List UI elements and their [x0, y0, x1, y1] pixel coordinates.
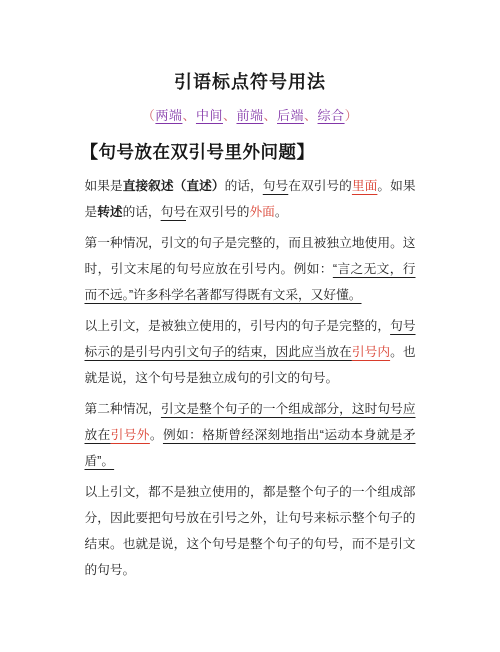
- text-segment-tag: 两端: [155, 108, 182, 123]
- text-segment-tag: 中间: [196, 108, 223, 123]
- text-segment-underline: 句号: [263, 179, 288, 193]
- paragraph-case-two-explanation: 以上引文，都不是独立使用的，都是整个句子的一个组成部分，因此要把句号放在引号之外…: [85, 479, 416, 583]
- subtitle: （两端、中间、前端、后端、综合）: [0, 107, 500, 124]
- page-title: 引语标点符号用法: [0, 70, 500, 94]
- paragraph-case-two: 第二种情况，引文是整个句子的一个组成部分，这时句号应放在引号外。例如：格斯曾经深…: [85, 396, 416, 474]
- text-segment-bold: 转述: [97, 205, 122, 219]
- text-segment-paren: ）: [345, 108, 359, 123]
- text-segment-paren: （: [142, 108, 156, 123]
- text-segment-red-underline: 引号内: [352, 345, 390, 359]
- text-segment-plain: 在双引号的: [186, 205, 249, 219]
- text-segment-underline: 句号: [161, 205, 186, 219]
- text-segment-plain: 的话，: [123, 205, 161, 219]
- text-segment-plain: 。: [275, 205, 288, 219]
- text-segment-red: 外面: [249, 205, 274, 219]
- text-segment-sep: 、: [182, 108, 196, 123]
- paragraph-rule-direct-vs-indirect: 如果是直接叙述（直述）的话，句号在双引号的里面。如果是转述的话，句号在双引号的外…: [85, 173, 416, 225]
- text-segment-tag: 前端: [236, 108, 263, 123]
- text-segment-tag: 后端: [277, 108, 304, 123]
- document-body: 【句号放在双引号里外问题】 如果是直接叙述（直述）的话，句号在双引号的里面。如果…: [85, 140, 416, 583]
- text-segment-plain: 在双引号的: [288, 179, 352, 193]
- text-segment-plain: 的话，: [225, 179, 263, 193]
- paragraph-case-one-explanation: 以上引文，是被独立使用的，引号内的句子是完整的，句号标示的是引号内引文句子的结束…: [85, 313, 416, 391]
- document-page: 引语标点符号用法 （两端、中间、前端、后端、综合） 【句号放在双引号里外问题】 …: [0, 0, 500, 652]
- text-segment-plain: 以上引文，是被独立使用的，引号内的句子是完整的，: [85, 319, 391, 333]
- text-segment-bold: 直接叙述（直述）: [123, 179, 225, 193]
- text-segment-tag: 综合: [318, 108, 345, 123]
- text-segment-plain: 第二种情况，: [85, 402, 161, 416]
- text-segment-plain: 以上引文，都不是独立使用的，都是整个句子的一个组成部分，因此要把句号放在引号之外…: [85, 485, 416, 577]
- text-segment-sep: 、: [223, 108, 237, 123]
- paragraph-case-one: 第一种情况，引文的句子是完整的，而且被独立地使用。这时，引文末尾的句号应放在引号…: [85, 230, 416, 308]
- text-segment-plain: 。: [150, 428, 163, 442]
- text-segment-plain: 如果是: [85, 179, 123, 193]
- text-segment-red-underline: 引号外: [111, 428, 150, 442]
- section-heading: 【句号放在双引号里外问题】: [85, 140, 416, 164]
- text-segment-sep: 、: [304, 108, 318, 123]
- text-segment-red-underline: 里面: [352, 179, 377, 193]
- text-segment-sep: 、: [264, 108, 278, 123]
